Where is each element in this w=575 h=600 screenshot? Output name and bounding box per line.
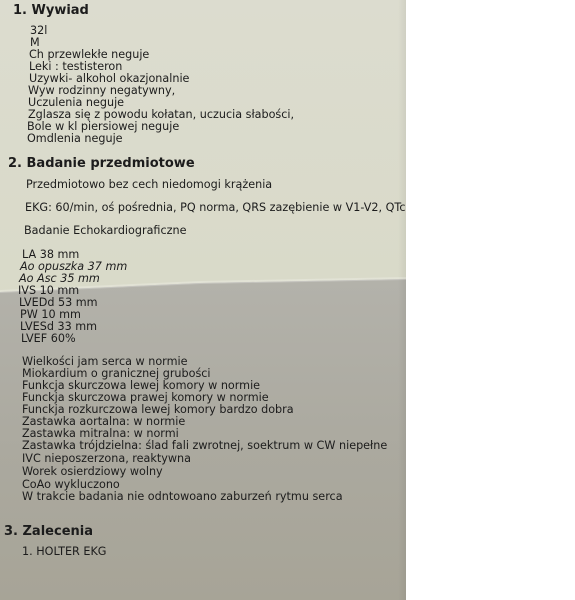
finding-line: Worek osierdziowy wolny (22, 466, 163, 478)
finding-line: W trakcie badania nie odntowoano zaburze… (22, 491, 343, 503)
recommendation-item: 1. HOLTER EKG (22, 546, 106, 558)
document-photo: 1. Wywiad 32l M Ch przewlekłe neguje Lek… (0, 0, 406, 600)
physical-exam-line: Przedmiotowo bez cech niedomogi krążenia (26, 179, 272, 191)
finding-line: IVC nieposzerzona, reaktywna (22, 453, 191, 465)
history-line: Omdlenia neguje (27, 133, 123, 145)
section-heading-badanie: 2. Badanie przedmiotowe (8, 158, 195, 170)
medical-report: 1. Wywiad 32l M Ch przewlekłe neguje Lek… (0, 0, 406, 600)
measurement-line: LVEF 60% (21, 333, 76, 345)
section-heading-wywiad: 1. Wywiad (13, 5, 89, 17)
echo-heading: Badanie Echokardiograficzne (24, 225, 186, 237)
finding-line: Zastawka trójdzielna: ślad fali zwrotnej… (22, 440, 387, 452)
ekg-line: EKG: 60/min, oś pośrednia, PQ norma, QRS… (25, 202, 406, 214)
section-heading-zalecenia: 3. Zalecenia (4, 526, 93, 538)
